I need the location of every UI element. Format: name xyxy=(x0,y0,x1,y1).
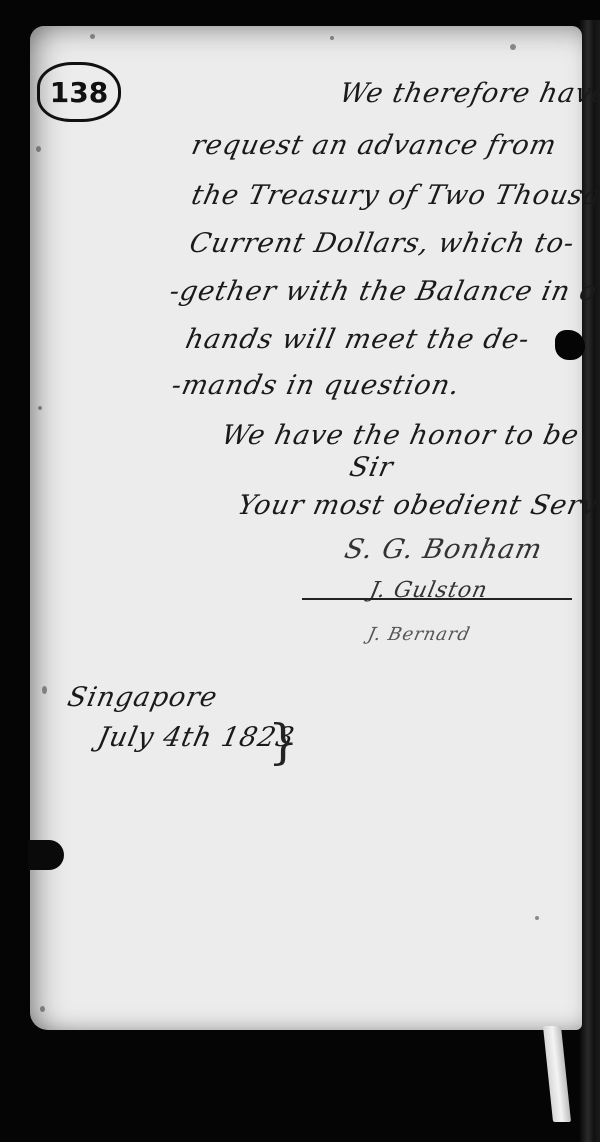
paper-ribbon xyxy=(543,1026,571,1122)
foxing-spot xyxy=(36,146,41,152)
binding-tab xyxy=(28,840,64,870)
brace-mark: } xyxy=(268,714,299,770)
manuscript-page xyxy=(30,26,582,1030)
foxing-spot xyxy=(90,34,95,39)
closing-salutation: Sir xyxy=(347,452,397,483)
closing-line: Your most obedient Servants xyxy=(235,490,600,521)
foxing-spot xyxy=(38,406,42,410)
ink-blot xyxy=(555,330,585,360)
signature-bonham: S. G. Bonham xyxy=(342,534,546,565)
letter-line: We therefore have to xyxy=(337,78,600,109)
letter-line: -mands in question. xyxy=(169,370,463,401)
letter-line: request an advance from xyxy=(189,130,560,161)
folio-number: 138 xyxy=(50,76,108,109)
letter-line: Current Dollars, which to- xyxy=(187,228,578,259)
letter-line: hands will meet the de- xyxy=(183,324,533,355)
foxing-spot xyxy=(40,1006,45,1012)
foxing-spot xyxy=(510,44,516,50)
letter-line: the Treasury of Two Thousand xyxy=(189,180,600,211)
letter-line: -gether with the Balance in our xyxy=(167,276,600,307)
signature-bernard: J. Bernard xyxy=(366,624,473,645)
signature-underline xyxy=(302,598,572,600)
folio-number-stamp: 138 xyxy=(37,62,121,122)
foxing-spot xyxy=(42,686,47,694)
foxing-spot xyxy=(330,36,334,40)
place-name: Singapore xyxy=(65,682,221,713)
foxing-spot xyxy=(535,916,539,920)
closing-line: We have the honor to be xyxy=(219,420,583,451)
